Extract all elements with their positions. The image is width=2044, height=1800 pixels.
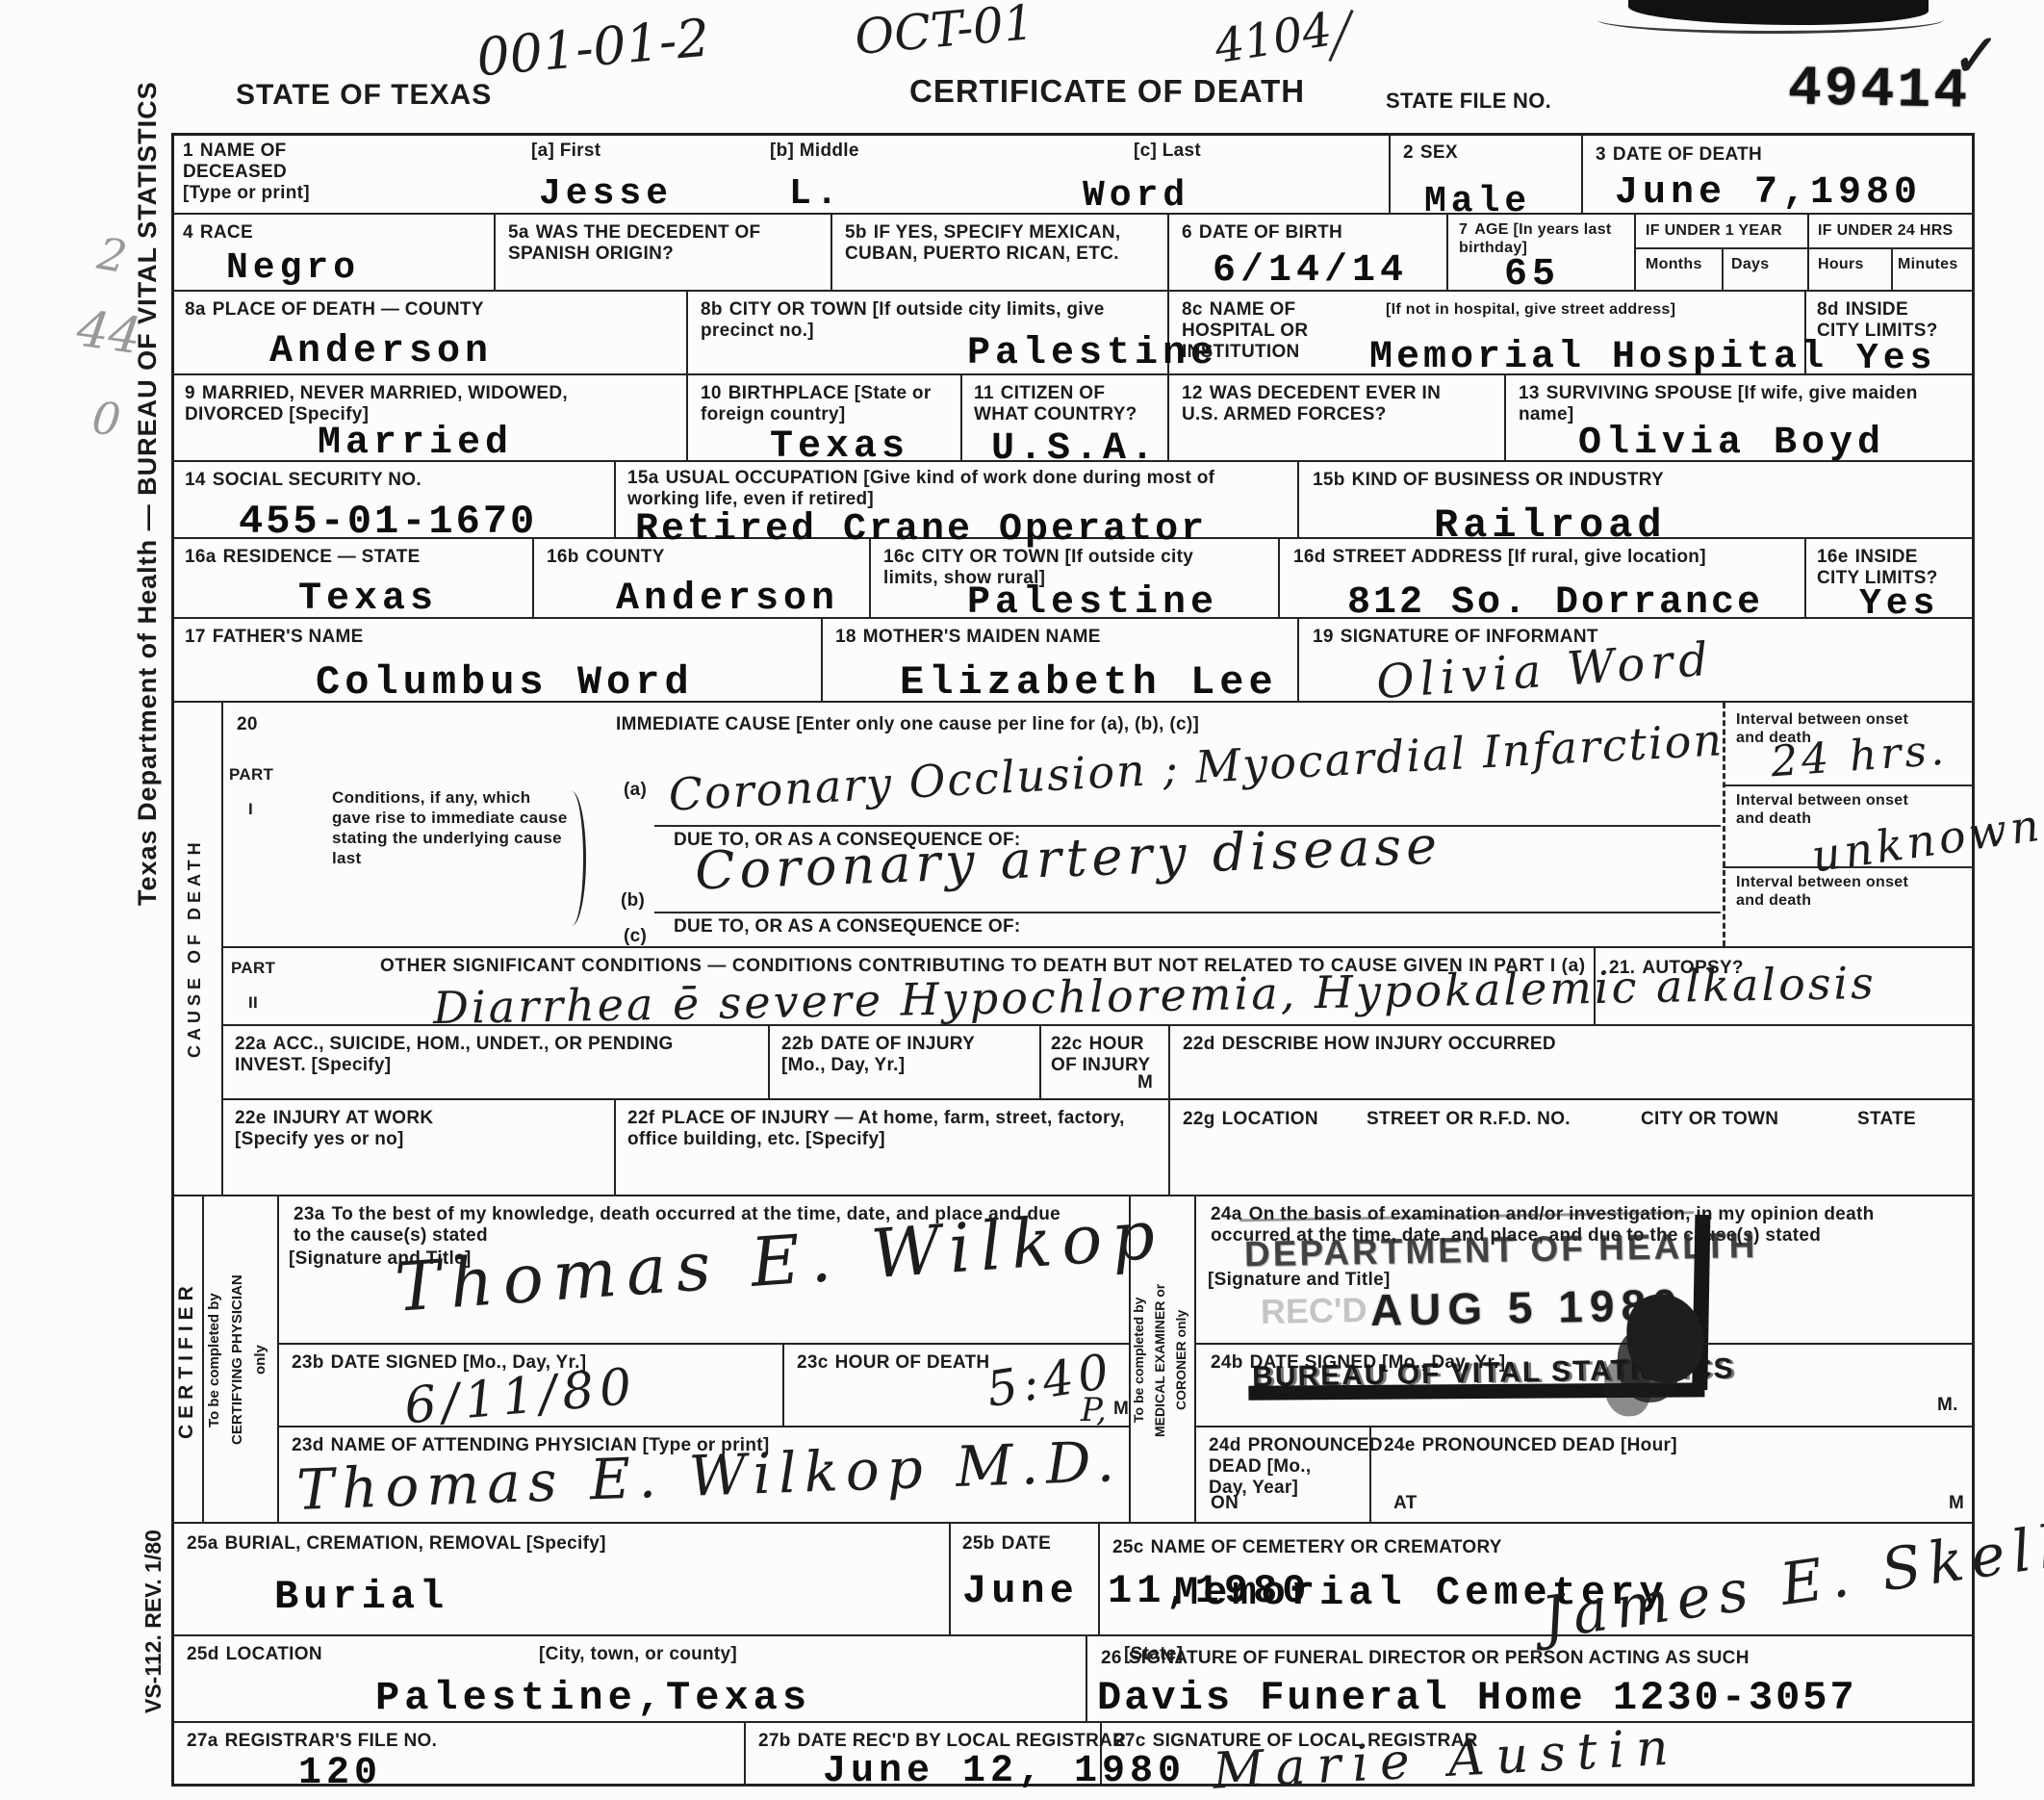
physician-strip-line-2: CERTIFYING PHYSICIAN bbox=[229, 1206, 252, 1514]
strip-cause-of-death: CAUSE OF DEATH bbox=[171, 703, 223, 1196]
field-spanish-specify: 5bIF YES, SPECIFY MEXICAN, CUBAN, PUERTO… bbox=[832, 215, 1169, 292]
field-informant-signature: 19SIGNATURE OF INFORMANT Olivia Word bbox=[1299, 619, 1975, 703]
field-number: 20 bbox=[237, 714, 258, 735]
meridiem-m: M. bbox=[1937, 1395, 1958, 1416]
strip-certifying-physician: To be completed by CERTIFYING PHYSICIAN … bbox=[204, 1196, 279, 1524]
field-number: 27a bbox=[187, 1731, 218, 1751]
field-number: 22e bbox=[235, 1108, 267, 1128]
field-sex: 2SEX Male bbox=[1391, 133, 1583, 215]
value-race: Negro bbox=[226, 247, 360, 289]
field-number: 19 bbox=[1313, 627, 1334, 647]
field-inside-city-limits-16e: 16eINSIDE CITY LIMITS? Yes bbox=[1806, 539, 1975, 619]
value-res-county: Anderson bbox=[616, 578, 839, 621]
sublabel-minutes: Minutes bbox=[1898, 255, 1958, 273]
field-cause-part1: 20 PART I Conditions, if any, which gave… bbox=[223, 703, 1975, 948]
field-label: DATE REC'D BY LOCAL REGISTRAR bbox=[798, 1731, 1127, 1751]
field-number: 26 bbox=[1101, 1648, 1122, 1668]
sublabel-middle: [b] Middle bbox=[770, 141, 859, 162]
field-if-under-1-year: IF UNDER 1 YEAR Months Days bbox=[1636, 215, 1809, 292]
field-label: ACC., SUICIDE, HOM., UNDET., OR PENDING … bbox=[235, 1034, 674, 1075]
field-label: SIGNATURE OF FUNERAL DIRECTOR OR PERSON … bbox=[1129, 1648, 1750, 1668]
field-label: DESCRIBE HOW INJURY OCCURRED bbox=[1222, 1034, 1556, 1054]
line-b-tag: (b) bbox=[621, 890, 645, 912]
location-col-state: STATE bbox=[1857, 1109, 1916, 1130]
field-22d-how-injury: 22dDESCRIBE HOW INJURY OCCURRED bbox=[1170, 1026, 1975, 1100]
interval-label-c: Interval between onset and death bbox=[1736, 873, 1938, 910]
conditions-brace bbox=[562, 791, 586, 926]
field-birthplace: 10BIRTHPLACE [State or foreign country] … bbox=[688, 375, 962, 462]
field-label: MARRIED, NEVER MARRIED, WIDOWED, DIVORCE… bbox=[185, 383, 568, 424]
field-label: DATE OF DEATH bbox=[1613, 144, 1762, 165]
field-number: 15b bbox=[1313, 470, 1345, 490]
field-25b-date: 25bDATE June 11,1980 bbox=[951, 1524, 1100, 1636]
field-armed-forces: 12WAS DECEDENT EVER IN U.S. ARMED FORCES… bbox=[1169, 375, 1506, 462]
value-place-county: Anderson bbox=[269, 330, 493, 373]
field-25a-burial: 25aBURIAL, CREMATION, REMOVAL [Specify] … bbox=[171, 1524, 951, 1636]
field-number: 6 bbox=[1182, 222, 1192, 243]
field-inside-city-limits-8d: 8dINSIDE CITY LIMITS? Yes bbox=[1806, 292, 1975, 375]
field-number: 22d bbox=[1183, 1034, 1215, 1054]
part1-roman: I bbox=[248, 799, 253, 820]
field-residence-city: 16cCITY OR TOWN [If outside city limits,… bbox=[871, 539, 1280, 619]
received-stamp: DEPARTMENT OF HEALTH REC'D AUG 5 1980 BU… bbox=[1232, 1211, 1727, 1417]
field-number: 27b bbox=[758, 1731, 791, 1751]
field-23a-certification: 23aTo the best of my knowledge, death oc… bbox=[279, 1196, 1131, 1345]
pronounced-on-label: ON bbox=[1211, 1493, 1239, 1514]
field-label: USUAL OCCUPATION [Give kind of work done… bbox=[627, 468, 1214, 509]
field-number: 23d bbox=[292, 1435, 324, 1455]
field-label: WAS THE DECEDENT OF SPANISH ORIGIN? bbox=[508, 222, 760, 264]
field-22b-date-of-injury: 22bDATE OF INJURY [Mo., Day, Yr.] bbox=[770, 1026, 1041, 1100]
sublabel-hours: Hours bbox=[1818, 255, 1864, 273]
value-inside-city-8d: Yes bbox=[1856, 338, 1936, 379]
value-burial-date: June 11,1980 bbox=[962, 1568, 1311, 1614]
handwritten-code-2: OCT-01 bbox=[853, 0, 1036, 65]
field-23d-attending-physician: 23dNAME OF ATTENDING PHYSICIAN [Type or … bbox=[279, 1427, 1131, 1524]
field-father-name: 17FATHER'S NAME Columbus Word bbox=[171, 619, 823, 703]
field-number: 24e bbox=[1384, 1435, 1416, 1455]
part2-roman: II bbox=[248, 992, 258, 1014]
field-race: 4RACE Negro bbox=[171, 215, 496, 292]
field-number: 13 bbox=[1519, 383, 1540, 403]
value-middle-name: L. bbox=[789, 173, 843, 215]
meridiem-m: M bbox=[1113, 1399, 1129, 1420]
state-file-no-value: 49414 bbox=[1787, 58, 1970, 123]
field-23b-date-signed: 23bDATE SIGNED [Mo., Day, Yr.] 6/11/80 bbox=[279, 1345, 784, 1427]
field-label: PLACE OF INJURY — At home, farm, street,… bbox=[627, 1108, 1125, 1149]
page-title: CERTIFICATE OF DEATH bbox=[909, 81, 1305, 102]
field-label: PLACE OF DEATH — COUNTY bbox=[213, 299, 484, 320]
field-number: 11 bbox=[974, 383, 994, 403]
field-22g-location: 22gLOCATION STREET OR R.F.D. NO. CITY OR… bbox=[1170, 1100, 1975, 1196]
field-marital-status: 9MARRIED, NEVER MARRIED, WIDOWED, DIVORC… bbox=[171, 375, 688, 462]
pencil-mark-3: 0 bbox=[89, 392, 123, 447]
field-age: 7AGE [In years last birthday] 65 bbox=[1448, 215, 1636, 292]
field-place-city: 8bCITY OR TOWN [If outside city limits, … bbox=[688, 292, 1169, 375]
handwritten-code-1: 001-01-2 bbox=[474, 8, 712, 89]
field-street-address: 16dSTREET ADDRESS [If rural, give locati… bbox=[1280, 539, 1806, 619]
field-22c-hour-of-injury: 22cHOUR OF INJURY M bbox=[1041, 1026, 1170, 1100]
field-24d-pronounced-dead-date: 24dPRONOUNCED DEAD [Mo., Day, Year] ON bbox=[1196, 1427, 1371, 1524]
field-occupation: 15aUSUAL OCCUPATION [Give kind of work d… bbox=[616, 462, 1299, 539]
field-residence-state: 16aRESIDENCE — STATE Texas bbox=[171, 539, 534, 619]
examiner-strip-line-3: CORONER only bbox=[1173, 1206, 1194, 1514]
due-to-2: DUE TO, OR AS A CONSEQUENCE OF: bbox=[674, 916, 1020, 938]
certifier-vertical-label: CERTIFIER bbox=[175, 1216, 200, 1504]
value-date-received: June 12, 1980 bbox=[823, 1750, 1186, 1793]
field-label: WAS DECEDENT EVER IN U.S. ARMED FORCES? bbox=[1182, 383, 1441, 424]
field-label: CITIZEN OF WHAT COUNTRY? bbox=[974, 383, 1137, 424]
conditions-note: Conditions, if any, which gave rise to i… bbox=[332, 787, 573, 868]
value-burial: Burial bbox=[274, 1574, 448, 1620]
value-ssn: 455-01-1670 bbox=[239, 499, 537, 545]
field-number: 5b bbox=[845, 222, 867, 243]
field-number: 25a bbox=[187, 1533, 218, 1554]
field-number: 16a bbox=[185, 547, 217, 567]
part2-label: PART bbox=[231, 958, 275, 979]
field-label: LOCATION bbox=[226, 1644, 322, 1664]
field-26-funeral-director: 26SIGNATURE OF FUNERAL DIRECTOR OR PERSO… bbox=[1087, 1636, 1975, 1723]
line-a-tag: (a) bbox=[624, 780, 647, 801]
value-father: Columbus Word bbox=[316, 659, 694, 706]
value-spouse: Olivia Boyd bbox=[1578, 422, 1885, 465]
field-label: LOCATION bbox=[1222, 1109, 1318, 1129]
part1-label: PART bbox=[229, 764, 273, 785]
location-hint-city: [City, town, or county] bbox=[539, 1644, 737, 1665]
value-registrar-file-no: 120 bbox=[298, 1752, 382, 1795]
field-number: 8c bbox=[1182, 299, 1203, 320]
field-label: RACE bbox=[200, 222, 253, 243]
field-label: SURVIVING SPOUSE [If wife, give maiden n… bbox=[1519, 383, 1918, 424]
field-label: NAME OF CEMETERY OR CREMATORY bbox=[1151, 1537, 1502, 1557]
strip-certifier: CERTIFIER bbox=[171, 1196, 204, 1524]
field-spanish-origin: 5aWAS THE DECEDENT OF SPANISH ORIGIN? bbox=[496, 215, 832, 292]
state-of-texas: STATE OF TEXAS bbox=[236, 85, 492, 106]
location-col-city: CITY OR TOWN bbox=[1641, 1109, 1778, 1130]
immediate-cause-label: IMMEDIATE CAUSE [Enter only one cause pe… bbox=[616, 714, 1199, 735]
field-24e-pronounced-dead-hour: 24ePRONOUNCED DEAD [Hour] AT M bbox=[1371, 1427, 1975, 1524]
field-number: 9 bbox=[185, 383, 195, 403]
field-number: 16b bbox=[547, 547, 579, 567]
form-code-vertical-text: VS-112. REV. 1/80 bbox=[141, 1492, 173, 1752]
field-label: SOCIAL SECURITY NO. bbox=[213, 470, 422, 490]
field-label: BIRTHPLACE [State or foreign country] bbox=[701, 383, 932, 424]
field-number: 22c bbox=[1051, 1034, 1083, 1054]
field-number: 8a bbox=[185, 299, 206, 320]
pronounced-at-label: AT bbox=[1393, 1493, 1418, 1514]
field-label: IF UNDER 1 YEAR bbox=[1646, 221, 1782, 240]
field-if-under-24-hrs: IF UNDER 24 HRS Hours Minutes bbox=[1809, 215, 1975, 292]
death-certificate-scan: 001-01-2 OCT-01 4104 ✓ STATE OF TEXAS CE… bbox=[0, 0, 2044, 1800]
field-industry: 15bKIND OF BUSINESS OR INDUSTRY Railroad bbox=[1299, 462, 1975, 539]
field-number: 17 bbox=[185, 627, 206, 647]
field-number: 22b bbox=[781, 1034, 814, 1054]
value-hospital: Memorial Hospital bbox=[1369, 336, 1827, 379]
field-number: 7 bbox=[1459, 221, 1468, 238]
field-number: 5a bbox=[508, 222, 529, 243]
sublabel-first: [a] First bbox=[531, 141, 600, 162]
field-25d-location: 25dLOCATION [City, town, or county] [Sta… bbox=[171, 1636, 1087, 1723]
field-number: 10 bbox=[701, 383, 722, 403]
meridiem-m: M bbox=[1949, 1493, 1964, 1514]
sublabel-last: [c] Last bbox=[1134, 141, 1201, 162]
field-label: SEX bbox=[1420, 142, 1458, 163]
field-label: NAME OF DECEASED [Type or print] bbox=[183, 141, 310, 203]
value-first-name: Jesse bbox=[539, 173, 673, 215]
stamp-line-1: DEPARTMENT OF HEALTH bbox=[1244, 1225, 1758, 1274]
field-number: 23c bbox=[797, 1352, 829, 1373]
field-label: STREET ADDRESS [If rural, give location] bbox=[1333, 547, 1706, 567]
field-number: 16c bbox=[883, 547, 915, 567]
field-number: 3 bbox=[1596, 144, 1606, 165]
field-label: HOUR OF DEATH bbox=[835, 1352, 990, 1373]
field-22f-place-of-injury: 22fPLACE OF INJURY — At home, farm, stre… bbox=[616, 1100, 1170, 1196]
field-label: IF YES, SPECIFY MEXICAN, CUBAN, PUERTO R… bbox=[845, 222, 1121, 264]
field-label: IF UNDER 24 HRS bbox=[1818, 221, 1954, 240]
field-number: 18 bbox=[835, 627, 856, 647]
field-number: 27c bbox=[1114, 1731, 1146, 1751]
field-23c-hour-of-death: 23cHOUR OF DEATH 5:40 P, M bbox=[784, 1345, 1131, 1427]
field-mother-name: 18MOTHER'S MAIDEN NAME Elizabeth Lee bbox=[823, 619, 1299, 703]
field-label: FATHER'S NAME bbox=[213, 627, 364, 647]
value-last-name: Word bbox=[1083, 175, 1189, 217]
cause-of-death-vertical-label: CAUSE OF DEATH bbox=[185, 722, 210, 1174]
value-marital: Married bbox=[318, 422, 513, 465]
field-label: DATE bbox=[1002, 1533, 1052, 1554]
field-place-of-death-county: 8aPLACE OF DEATH — COUNTY Anderson bbox=[171, 292, 688, 375]
field-number: 22a bbox=[235, 1034, 267, 1054]
field-label: RESIDENCE — STATE bbox=[223, 547, 421, 567]
field-citizen: 11CITIZEN OF WHAT COUNTRY? U.S.A. bbox=[962, 375, 1169, 462]
field-label: AGE [In years last birthday] bbox=[1459, 221, 1612, 256]
sublabel-months: Months bbox=[1646, 255, 1702, 273]
field-number: 8b bbox=[701, 299, 723, 320]
cause-line-b-value: Coronary artery disease bbox=[694, 814, 1443, 901]
field-label: REGISTRAR'S FILE NO. bbox=[225, 1731, 438, 1751]
sublabel-days: Days bbox=[1731, 255, 1769, 273]
field-number: 24d bbox=[1209, 1435, 1241, 1455]
state-file-no-label: STATE FILE NO. bbox=[1386, 90, 1551, 112]
field-number: 2 bbox=[1403, 142, 1414, 163]
field-number: 4 bbox=[183, 222, 193, 243]
field-number: 16e bbox=[1817, 547, 1849, 567]
field-number: 25c bbox=[1112, 1537, 1144, 1557]
field-number: 8d bbox=[1817, 299, 1839, 320]
field-label: PRONOUNCED DEAD [Hour] bbox=[1422, 1435, 1677, 1455]
stamp-bottom-bar bbox=[1248, 1382, 1704, 1400]
field-number: 25d bbox=[187, 1644, 219, 1664]
field-name-of-deceased: 1NAME OF DECEASED [Type or print] [a] Fi… bbox=[171, 133, 1391, 215]
field-27a-registrar-file-no: 27aREGISTRAR'S FILE NO. 120 bbox=[171, 1723, 746, 1787]
value-mother: Elizabeth Lee bbox=[900, 659, 1278, 706]
field-number: 1 bbox=[183, 141, 193, 161]
field-number: 23a bbox=[294, 1204, 325, 1224]
location-col-street: STREET OR R.F.D. NO. bbox=[1367, 1109, 1571, 1130]
field-date-of-birth: 6DATE OF BIRTH 6/14/14 bbox=[1169, 215, 1448, 292]
field-27b-date-received: 27bDATE REC'D BY LOCAL REGISTRAR June 12… bbox=[746, 1723, 1102, 1787]
field-number: 14 bbox=[185, 470, 206, 490]
field-27c-local-registrar: 27cSIGNATURE OF LOCAL REGISTRAR Marie Au… bbox=[1102, 1723, 1975, 1787]
scan-artifact-curve bbox=[1597, 6, 1944, 34]
field-ssn: 14SOCIAL SECURITY NO. 455-01-1670 bbox=[171, 462, 616, 539]
agency-vertical-text: Texas Department of Health — BUREAU OF V… bbox=[133, 8, 173, 980]
value-funeral-home: Davis Funeral Home 1230-3057 bbox=[1097, 1675, 1857, 1721]
field-number: 22g bbox=[1183, 1109, 1215, 1129]
meridiem-m: M bbox=[1137, 1072, 1153, 1093]
field-label: KIND OF BUSINESS OR INDUSTRY bbox=[1352, 470, 1664, 490]
pencil-mark-1: 2 bbox=[94, 227, 131, 283]
field-number: 16d bbox=[1293, 547, 1326, 567]
value-hour-meridiem: P, bbox=[1081, 1391, 1107, 1429]
field-22e-injury-at-work: 22eINJURY AT WORK [Specify yes or no] bbox=[223, 1100, 616, 1196]
field-number: 22f bbox=[627, 1108, 654, 1128]
field-hint: [If not in hospital, give street address… bbox=[1386, 300, 1675, 319]
field-number: 23b bbox=[292, 1352, 324, 1373]
interval-divider bbox=[1723, 703, 1725, 946]
field-cause-part2: PART II OTHER SIGNIFICANT CONDITIONS — C… bbox=[223, 948, 1596, 1026]
field-label: COUNTY bbox=[586, 547, 665, 567]
physician-strip-line-1: To be completed by bbox=[206, 1206, 229, 1514]
field-number: 12 bbox=[1182, 383, 1203, 403]
value-burial-location: Palestine,Texas bbox=[375, 1675, 811, 1721]
field-date-of-death: 3DATE OF DEATH June 7,1980 bbox=[1583, 133, 1975, 215]
line-c-tag: (c) bbox=[624, 926, 647, 947]
field-label: DATE OF BIRTH bbox=[1199, 222, 1342, 243]
stamp-recd-ghost: REC'D bbox=[1261, 1290, 1367, 1332]
field-number: 15a bbox=[627, 468, 659, 488]
value-res-state: Texas bbox=[298, 578, 438, 621]
value-date-of-birth: 6/14/14 bbox=[1213, 249, 1408, 293]
field-22a-manner: 22aACC., SUICIDE, HOM., UNDET., OR PENDI… bbox=[223, 1026, 770, 1100]
field-hospital: 8cNAME OF HOSPITAL OR INSTITUTION [If no… bbox=[1169, 292, 1806, 375]
field-label: BURIAL, CREMATION, REMOVAL [Specify] bbox=[225, 1533, 606, 1554]
field-label: MOTHER'S MAIDEN NAME bbox=[863, 627, 1101, 647]
physician-strip-line-3: only bbox=[252, 1206, 275, 1514]
field-surviving-spouse: 13SURVIVING SPOUSE [If wife, give maiden… bbox=[1506, 375, 1975, 462]
value-date-of-death: June 7,1980 bbox=[1615, 171, 1922, 215]
handwritten-code-3: 4104 bbox=[1211, 3, 1335, 74]
field-residence-county: 16bCOUNTY Anderson bbox=[534, 539, 871, 619]
value-age: 65 bbox=[1504, 253, 1560, 296]
field-number: 25b bbox=[962, 1533, 995, 1554]
